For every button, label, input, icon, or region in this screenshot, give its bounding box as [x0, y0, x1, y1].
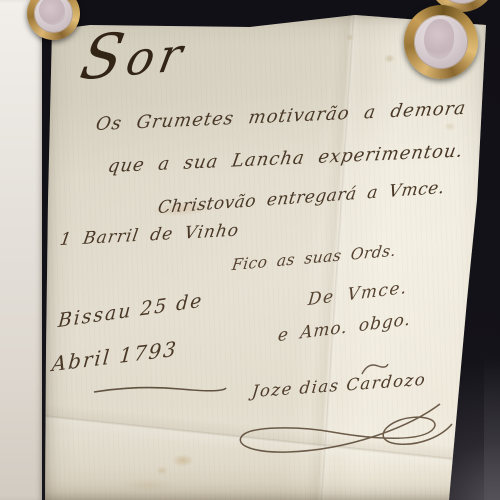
letter-body-line-1: Os Grumetes motivarão a demora [94, 98, 468, 135]
foxing-stain [156, 466, 168, 475]
photo-scene: Sor Os Grumetes motivarão a demora que a… [0, 0, 500, 500]
coin-top-right [404, 5, 478, 79]
letter-closing-line-2: De Vmce. [307, 278, 409, 311]
letter-body-line-4: 1 Barril de Vinho [58, 221, 240, 251]
foxing-stain [122, 478, 174, 492]
letter-closing-line-3: e Amo. obgo. [277, 309, 412, 346]
date-underline-stroke [92, 384, 228, 396]
letter-salutation: Sor [75, 14, 194, 95]
foxing-stain [384, 54, 395, 63]
fold-crease-horizontal-band [43, 403, 467, 473]
letter-body-line-3: Christovão entregará a Vmce. [157, 178, 446, 218]
background-shadow [484, 355, 500, 500]
paper-sheet: Sor Os Grumetes motivarão a demora que a… [40, 10, 492, 500]
letter-dateline-year: Abril 1793 [51, 336, 179, 376]
letter-closing-line-1: Fico as suas Ords. [231, 242, 397, 275]
table-surface-strip [0, 0, 42, 500]
foxing-stain [172, 454, 194, 467]
letter-body-line-2: que a sua Lancha experimentou. [106, 140, 465, 177]
signature-text: Joze dias Cardozo [251, 370, 427, 401]
foxing-stain [346, 34, 354, 41]
fold-crease-horizontal [44, 415, 466, 462]
letter-dateline-place: Bissau 25 de [57, 289, 204, 332]
foxing-stain [444, 122, 456, 131]
signature-flourish [228, 398, 456, 460]
